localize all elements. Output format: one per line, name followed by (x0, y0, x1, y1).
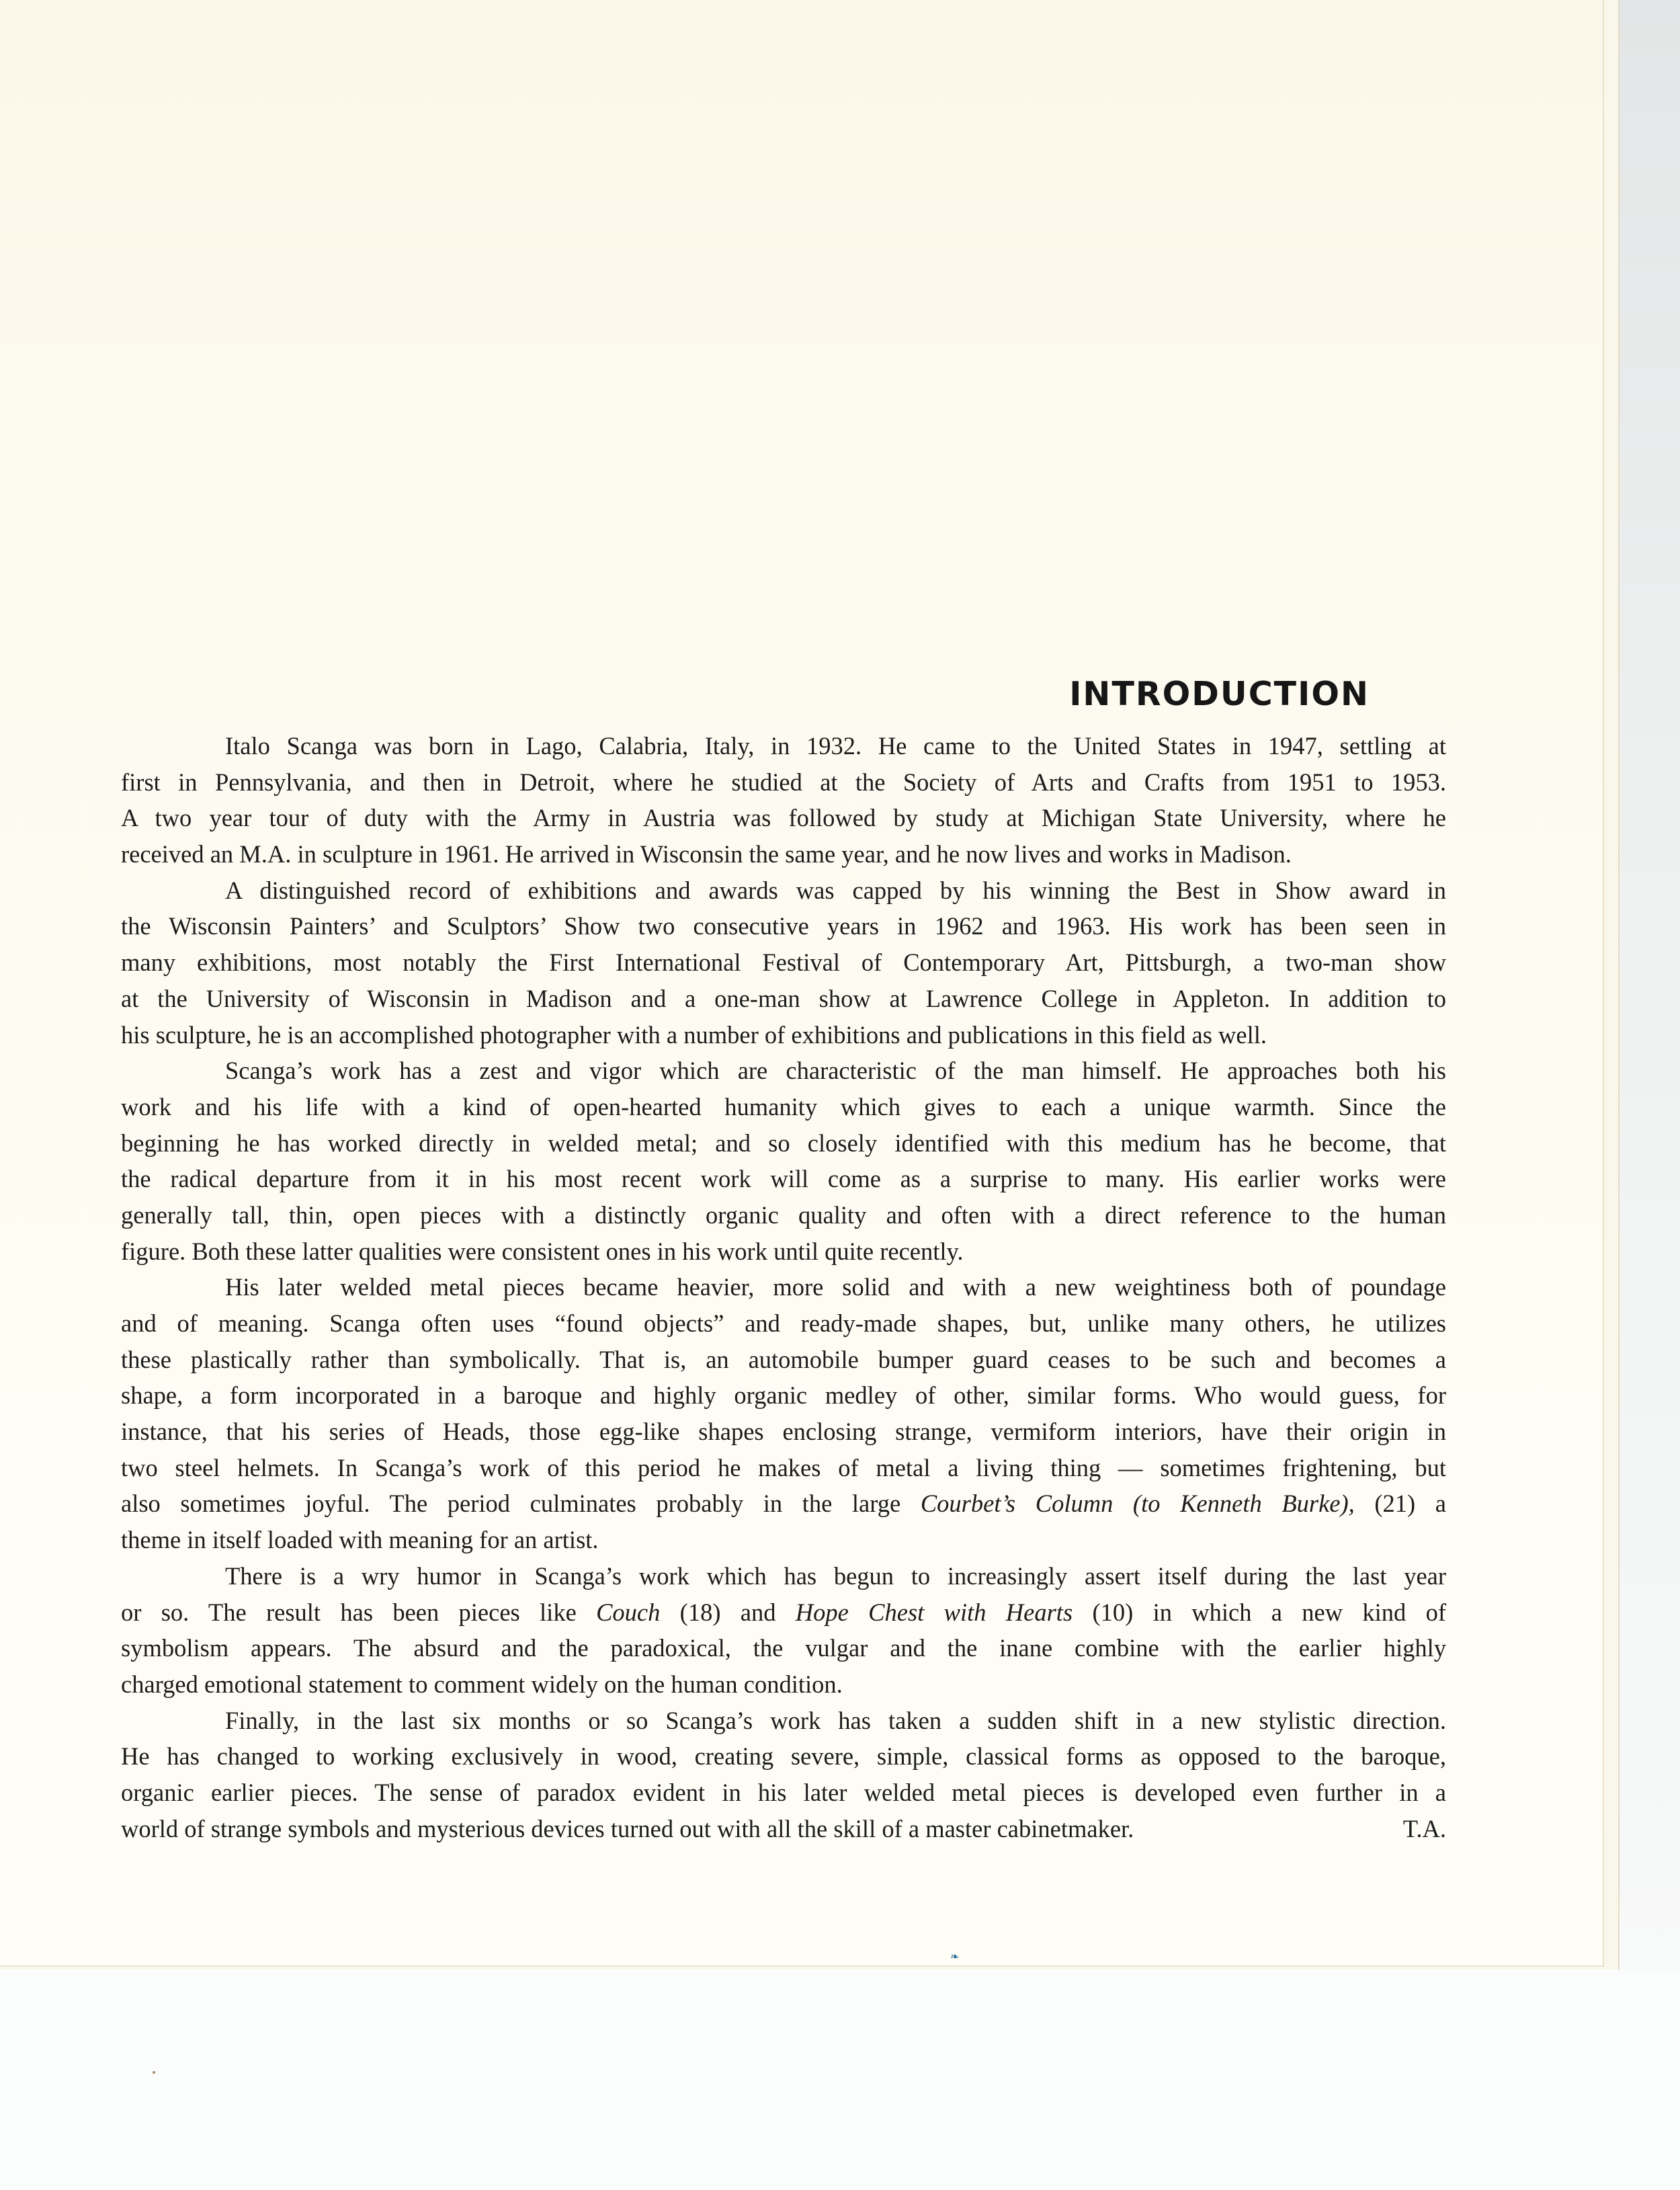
paragraph: A distinguished record of exhibitions an… (121, 873, 1446, 1053)
text-line: these plastically rather than symbolical… (121, 1342, 1446, 1378)
text-run: charged emotional statement to comment w… (121, 1670, 843, 1698)
text-line: He has changed to working exclusively in… (121, 1738, 1446, 1775)
text-run: (21) a (1355, 1490, 1446, 1517)
text-run: A two year tour of duty with the Army in… (121, 804, 1446, 832)
text-run: theme in itself loaded with meaning for … (121, 1526, 599, 1553)
text-line: figure. Both these latter qualities were… (121, 1233, 1446, 1270)
text-line: instance, that his series of Heads, thos… (121, 1414, 1446, 1450)
text-line: the Wisconsin Painters’ and Sculptors’ S… (121, 908, 1446, 944)
text-run: at the University of Wisconsin in Madiso… (121, 985, 1446, 1012)
text-line: Finally, in the last six months or so Sc… (121, 1703, 1446, 1739)
text-run: two steel helmets. In Scanga’s work of t… (121, 1454, 1446, 1482)
paragraph: There is a wry humor in Scanga’s work wh… (121, 1558, 1446, 1703)
text-line: organic earlier pieces. The sense of par… (121, 1775, 1446, 1811)
text-run: received an M.A. in sculpture in 1961. H… (121, 840, 1292, 868)
paragraph: Scanga’s work has a zest and vigor which… (121, 1053, 1446, 1269)
text-run: organic earlier pieces. The sense of par… (121, 1779, 1446, 1806)
text-line: two steel helmets. In Scanga’s work of t… (121, 1450, 1446, 1486)
artwork-title: Hope Chest with Hearts (796, 1598, 1073, 1626)
text-run: generally tall, thin, open pieces with a… (121, 1201, 1446, 1229)
text-run: his sculpture, he is an accomplished pho… (121, 1021, 1267, 1049)
text-line: world of strange symbols and mysterious … (121, 1811, 1446, 1847)
text-line: his sculpture, he is an accomplished pho… (121, 1017, 1446, 1053)
text-run: also sometimes joyful. The period culmin… (121, 1490, 921, 1517)
text-run: many exhibitions, most notably the First… (121, 948, 1446, 976)
text-run: shape, a form incorporated in a baroque … (121, 1381, 1446, 1409)
text-run: His later welded metal pieces became hea… (225, 1273, 1446, 1301)
text-line: There is a wry humor in Scanga’s work wh… (121, 1558, 1446, 1594)
text-run: work and his life with a kind of open-he… (121, 1093, 1446, 1121)
text-run: and of meaning. Scanga often uses “found… (121, 1309, 1446, 1337)
text-run: world of strange symbols and mysterious … (121, 1815, 1134, 1842)
paragraph: Finally, in the last six months or so Sc… (121, 1703, 1446, 1847)
text-line: many exhibitions, most notably the First… (121, 944, 1446, 981)
text-run: He has changed to working exclusively in… (121, 1742, 1446, 1770)
text-run: or so. The result has been pieces like (121, 1598, 596, 1626)
text-line: at the University of Wisconsin in Madiso… (121, 981, 1446, 1017)
text-line: charged emotional statement to comment w… (121, 1666, 1446, 1703)
text-line: the radical departure from it in his mos… (121, 1161, 1446, 1197)
text-run: the Wisconsin Painters’ and Sculptors’ S… (121, 912, 1446, 940)
text-line: theme in itself loaded with meaning for … (121, 1522, 1446, 1558)
dust-speck (153, 2071, 155, 2074)
page: INTRODUCTION Italo Scanga was born in La… (0, 0, 1604, 1965)
paragraph: Italo Scanga was born in Lago, Calabria,… (121, 728, 1446, 873)
text-line: shape, a form incorporated in a baroque … (121, 1377, 1446, 1414)
text-line: His later welded metal pieces became hea… (121, 1269, 1446, 1305)
text-run: Scanga’s work has a zest and vigor which… (225, 1057, 1446, 1084)
author-initials: T.A. (1403, 1811, 1446, 1847)
scanner-background (1620, 0, 1680, 1970)
artwork-title: Couch (596, 1598, 660, 1626)
article-body: Italo Scanga was born in Lago, Calabria,… (121, 728, 1446, 1847)
text-run: figure. Both these latter qualities were… (121, 1238, 964, 1265)
text-run: symbolism appears. The absurd and the pa… (121, 1634, 1446, 1662)
text-line: A distinguished record of exhibitions an… (121, 873, 1446, 909)
text-run: There is a wry humor in Scanga’s work wh… (225, 1562, 1446, 1590)
text-line: Italo Scanga was born in Lago, Calabria,… (121, 728, 1446, 764)
paragraph: His later welded metal pieces became hea… (121, 1269, 1446, 1558)
text-run: (18) and (660, 1598, 795, 1626)
printer-ornament-icon: ❧ (950, 1951, 965, 1962)
text-line: A two year tour of duty with the Army in… (121, 800, 1446, 836)
text-run: the radical departure from it in his mos… (121, 1165, 1446, 1192)
closing-text: world of strange symbols and mysterious … (121, 1811, 1134, 1847)
text-line: work and his life with a kind of open-he… (121, 1089, 1446, 1125)
text-run: Italo Scanga was born in Lago, Calabria,… (225, 732, 1446, 760)
text-line: and of meaning. Scanga often uses “found… (121, 1305, 1446, 1342)
text-run: first in Pennsylvania, and then in Detro… (121, 768, 1446, 796)
text-run: instance, that his series of Heads, thos… (121, 1418, 1446, 1445)
text-line: Scanga’s work has a zest and vigor which… (121, 1053, 1446, 1089)
text-line: also sometimes joyful. The period culmin… (121, 1486, 1446, 1522)
text-line: generally tall, thin, open pieces with a… (121, 1197, 1446, 1233)
text-run: these plastically rather than symbolical… (121, 1346, 1446, 1373)
text-run: Finally, in the last six months or so Sc… (225, 1707, 1446, 1734)
text-run: beginning he has worked directly in weld… (121, 1129, 1446, 1157)
text-line: beginning he has worked directly in weld… (121, 1125, 1446, 1162)
page-title: INTRODUCTION (1069, 678, 1370, 711)
text-run: (10) in which a new kind of (1073, 1598, 1446, 1626)
artwork-title: Courbet’s Column (to Kenneth Burke), (921, 1490, 1355, 1517)
text-line: symbolism appears. The absurd and the pa… (121, 1630, 1446, 1666)
text-line: or so. The result has been pieces like C… (121, 1594, 1446, 1631)
text-run: A distinguished record of exhibitions an… (225, 877, 1446, 904)
text-line: received an M.A. in sculpture in 1961. H… (121, 836, 1446, 873)
text-line: first in Pennsylvania, and then in Detro… (121, 764, 1446, 801)
